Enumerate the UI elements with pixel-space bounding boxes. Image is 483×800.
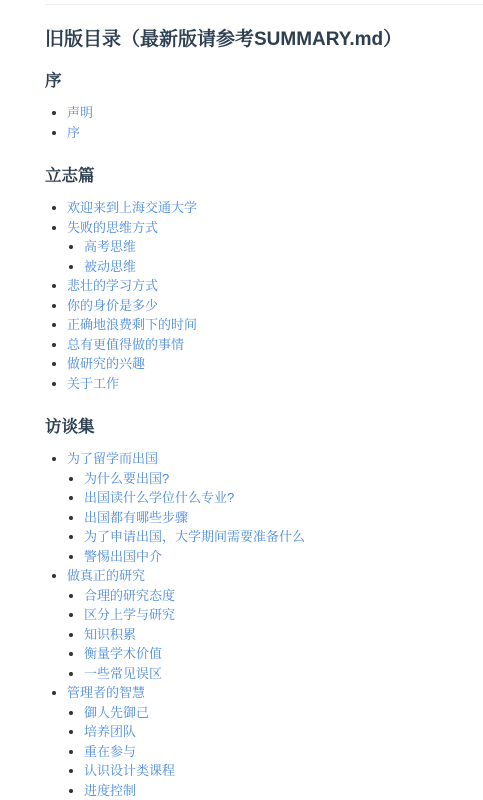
section-heading: 序	[45, 71, 483, 91]
toc-link[interactable]: 悲壮的学习方式	[67, 278, 158, 293]
toc-item: 欢迎来到上海交通大学	[67, 198, 483, 218]
toc-item: 悲壮的学习方式	[67, 276, 483, 296]
toc-link[interactable]: 管理者的智慧	[67, 685, 145, 700]
toc-item: 做研究的兴趣	[67, 354, 483, 374]
toc-subitem: 区分上学与研究	[84, 605, 483, 625]
toc-item: 失败的思维方式高考思维被动思维	[67, 218, 483, 277]
toc-sublist: 为什么要出国?出国读什么学位什么专业?出国都有哪些步骤为了申请出国，大学期间需要…	[67, 469, 483, 567]
toc-link[interactable]: 衡量学术价值	[84, 646, 162, 661]
toc-subitem: 重在参与	[84, 742, 483, 762]
toc-item: 序	[67, 123, 483, 143]
toc-subitem: 一些常见误区	[84, 664, 483, 684]
top-divider	[45, 4, 483, 5]
toc-sections: 序声明序立志篇欢迎来到上海交通大学失败的思维方式高考思维被动思维悲壮的学习方式你…	[45, 71, 483, 800]
document-page: 旧版目录（最新版请参考SUMMARY.md） 序声明序立志篇欢迎来到上海交通大学…	[0, 0, 483, 800]
toc-subitem: 出国都有哪些步骤	[84, 508, 483, 528]
toc-sublist: 御人先御己培养团队重在参与认识设计类课程进度控制	[67, 703, 483, 800]
toc-subitem: 出国读什么学位什么专业?	[84, 488, 483, 508]
toc-link[interactable]: 一些常见误区	[84, 666, 162, 681]
toc-item: 关于工作	[67, 374, 483, 394]
toc-sublist: 高考思维被动思维	[67, 237, 483, 276]
toc-link[interactable]: 培养团队	[84, 724, 136, 739]
section-heading: 访谈集	[45, 417, 483, 437]
toc-subitem: 为了申请出国，大学期间需要准备什么	[84, 527, 483, 547]
toc-item: 做真正的研究合理的研究态度区分上学与研究知识积累衡量学术价值一些常见误区	[67, 566, 483, 683]
toc-link[interactable]: 为什么要出国?	[84, 471, 169, 486]
toc-subitem: 被动思维	[84, 257, 483, 277]
toc-link[interactable]: 做研究的兴趣	[67, 356, 145, 371]
toc-subitem: 合理的研究态度	[84, 586, 483, 606]
toc-link[interactable]: 区分上学与研究	[84, 607, 175, 622]
toc-subitem: 培养团队	[84, 722, 483, 742]
toc-subitem: 知识积累	[84, 625, 483, 645]
toc-subitem: 御人先御己	[84, 703, 483, 723]
toc-subitem: 认识设计类课程	[84, 761, 483, 781]
toc-link[interactable]: 声明	[67, 105, 93, 120]
toc-list: 声明序	[45, 103, 483, 142]
toc-link[interactable]: 重在参与	[84, 744, 136, 759]
toc-link[interactable]: 出国读什么学位什么专业?	[84, 490, 234, 505]
toc-link[interactable]: 合理的研究态度	[84, 588, 175, 603]
toc-link[interactable]: 做真正的研究	[67, 568, 145, 583]
toc-link[interactable]: 为了申请出国，大学期间需要准备什么	[84, 529, 305, 544]
toc-subitem: 衡量学术价值	[84, 644, 483, 664]
toc-item: 声明	[67, 103, 483, 123]
toc-item: 你的身价是多少	[67, 296, 483, 316]
toc-item: 管理者的智慧御人先御己培养团队重在参与认识设计类课程进度控制	[67, 683, 483, 800]
toc-item: 为了留学而出国为什么要出国?出国读什么学位什么专业?出国都有哪些步骤为了申请出国…	[67, 449, 483, 566]
toc-link[interactable]: 关于工作	[67, 376, 119, 391]
toc-link[interactable]: 警惕出国中介	[84, 549, 162, 564]
toc-link[interactable]: 高考思维	[84, 239, 136, 254]
toc-link[interactable]: 知识积累	[84, 627, 136, 642]
toc-subitem: 进度控制	[84, 781, 483, 800]
toc-link[interactable]: 被动思维	[84, 259, 136, 274]
toc-sublist: 合理的研究态度区分上学与研究知识积累衡量学术价值一些常见误区	[67, 586, 483, 684]
toc-list: 欢迎来到上海交通大学失败的思维方式高考思维被动思维悲壮的学习方式你的身价是多少正…	[45, 198, 483, 393]
toc-link[interactable]: 欢迎来到上海交通大学	[67, 200, 197, 215]
section-heading: 立志篇	[45, 166, 483, 186]
toc-link[interactable]: 正确地浪费剩下的时间	[67, 317, 197, 332]
toc-link[interactable]: 出国都有哪些步骤	[84, 510, 188, 525]
toc-link[interactable]: 进度控制	[84, 783, 136, 798]
toc-link[interactable]: 御人先御己	[84, 705, 149, 720]
toc-subitem: 为什么要出国?	[84, 469, 483, 489]
toc-item: 总有更值得做的事情	[67, 335, 483, 355]
toc-list: 为了留学而出国为什么要出国?出国读什么学位什么专业?出国都有哪些步骤为了申请出国…	[45, 449, 483, 800]
toc-subitem: 警惕出国中介	[84, 547, 483, 567]
toc-link[interactable]: 序	[67, 125, 80, 140]
toc-link[interactable]: 认识设计类课程	[84, 763, 175, 778]
toc-link[interactable]: 总有更值得做的事情	[67, 337, 184, 352]
toc-link[interactable]: 你的身价是多少	[67, 298, 158, 313]
toc-link[interactable]: 为了留学而出国	[67, 451, 158, 466]
toc-link[interactable]: 失败的思维方式	[67, 220, 158, 235]
toc-item: 正确地浪费剩下的时间	[67, 315, 483, 335]
page-title: 旧版目录（最新版请参考SUMMARY.md）	[45, 27, 483, 53]
toc-subitem: 高考思维	[84, 237, 483, 257]
